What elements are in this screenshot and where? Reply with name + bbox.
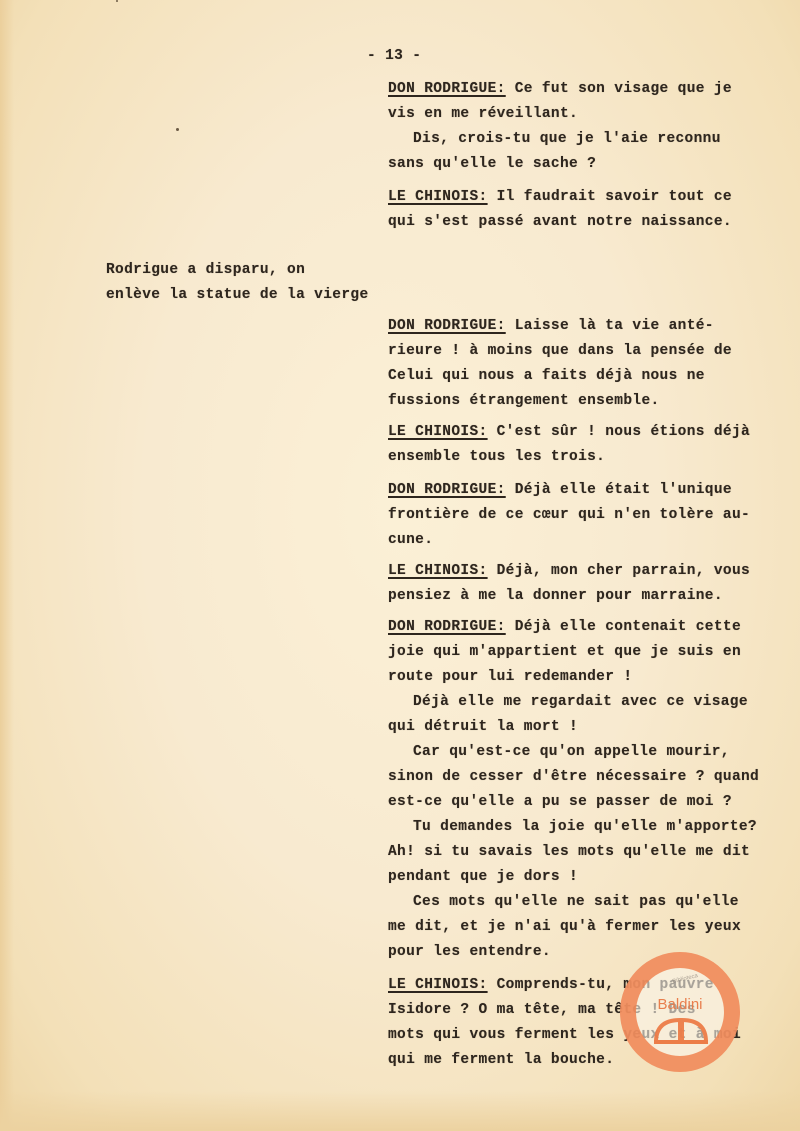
- dialogue-line: fussions étrangement ensemble.: [388, 389, 660, 413]
- library-stamp: Biblioteca Baldini: [620, 952, 740, 1072]
- dialogue-line: Dis, crois-tu que je l'aie reconnu: [413, 127, 721, 151]
- speaker-name: DON RODRIGUE:: [388, 619, 506, 635]
- dialogue-line: Ah! si tu savais les mots qu'elle me dit: [388, 840, 750, 864]
- dialogue-line: Ces mots qu'elle ne sait pas qu'elle: [413, 890, 739, 914]
- line-text: Il faudrait savoir tout ce: [488, 189, 732, 205]
- dialogue-line: pendant que je dors !: [388, 865, 578, 889]
- line-text: Laisse là ta vie anté-: [506, 318, 714, 334]
- dialogue-line: DON RODRIGUE: Déjà elle était l'unique: [388, 478, 732, 502]
- stage-direction-line: enlève la statue de la vierge: [106, 283, 369, 307]
- dialogue-line: route pour lui redemander !: [388, 665, 632, 689]
- dialogue-line: Déjà elle me regardait avec ce visage: [413, 690, 748, 714]
- document-page: - 13 - Rodrigue a disparu, on enlève la …: [0, 0, 800, 1131]
- speaker-name: LE CHINOIS:: [388, 977, 488, 993]
- dialogue-line: DON RODRIGUE: Laisse là ta vie anté-: [388, 314, 714, 338]
- speaker-name: LE CHINOIS:: [388, 563, 488, 579]
- dialogue-line: Tu demandes la joie qu'elle m'apporte?: [413, 815, 757, 839]
- dialogue-line: DON RODRIGUE: Ce fut son visage que je: [388, 77, 732, 101]
- dialogue-line: pour les entendre.: [388, 940, 551, 964]
- dialogue-line: Car qu'est-ce qu'on appelle mourir,: [413, 740, 730, 764]
- dialogue-line: qui s'est passé avant notre naissance.: [388, 210, 732, 234]
- dialogue-line: sinon de cesser d'être nécessaire ? quan…: [388, 765, 759, 789]
- paper-edge-bottom: [0, 1091, 800, 1131]
- stamp-label: Baldini: [636, 996, 724, 1013]
- dialogue-line: me dit, et je n'ai qu'à fermer les yeux: [388, 915, 741, 939]
- speaker-name: DON RODRIGUE:: [388, 81, 506, 97]
- dialogue-line: LE CHINOIS: Déjà, mon cher parrain, vous: [388, 559, 750, 583]
- speaker-name: LE CHINOIS:: [388, 424, 488, 440]
- line-text: C'est sûr ! nous étions déjà: [488, 424, 751, 440]
- dialogue-line: LE CHINOIS: C'est sûr ! nous étions déjà: [388, 420, 750, 444]
- dialogue-line: est-ce qu'elle a pu se passer de moi ?: [388, 790, 732, 814]
- ink-speck: [116, 0, 118, 2]
- line-text: Déjà, mon cher parrain, vous: [488, 563, 751, 579]
- dialogue-line: joie qui m'appartient et que je suis en: [388, 640, 741, 664]
- paper-edge-left: [0, 0, 14, 1131]
- dialogue-line: pensiez à me la donner pour marraine.: [388, 584, 723, 608]
- speaker-name: DON RODRIGUE:: [388, 482, 506, 498]
- open-book-icon: [654, 1014, 708, 1044]
- page-number: - 13 -: [367, 44, 421, 68]
- dialogue-line: qui détruit la mort !: [388, 715, 578, 739]
- dialogue-line: sans qu'elle le sache ?: [388, 152, 596, 176]
- dialogue-line: rieure ! à moins que dans la pensée de: [388, 339, 732, 363]
- speaker-name: LE CHINOIS:: [388, 189, 488, 205]
- speaker-name: DON RODRIGUE:: [388, 318, 506, 334]
- ink-speck: [176, 128, 179, 131]
- dialogue-line: DON RODRIGUE: Déjà elle contenait cette: [388, 615, 741, 639]
- line-text: Déjà elle contenait cette: [506, 619, 741, 635]
- dialogue-line: cune.: [388, 528, 433, 552]
- dialogue-line: Celui qui nous a faits déjà nous ne: [388, 364, 705, 388]
- dialogue-line: frontière de ce cœur qui n'en tolère au-: [388, 503, 750, 527]
- stamp-subtitle: Biblioteca: [655, 969, 716, 995]
- dialogue-line: vis en me réveillant.: [388, 102, 578, 126]
- line-text: Ce fut son visage que je: [506, 81, 732, 97]
- dialogue-line: LE CHINOIS: Il faudrait savoir tout ce: [388, 185, 732, 209]
- dialogue-line: ensemble tous les trois.: [388, 445, 605, 469]
- line-text: Déjà elle était l'unique: [506, 482, 732, 498]
- dialogue-line: qui me ferment la bouche.: [388, 1048, 614, 1072]
- stage-direction-line: Rodrigue a disparu, on: [106, 258, 305, 282]
